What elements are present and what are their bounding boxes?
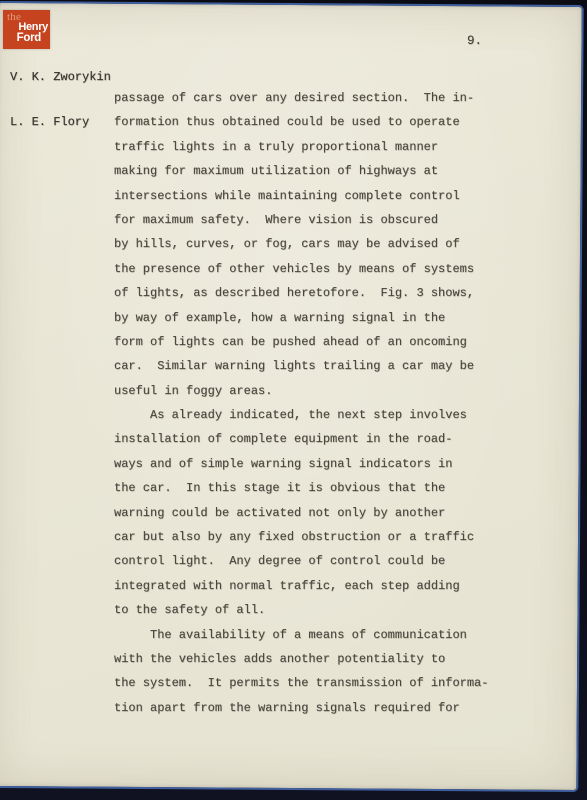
text-line: traffic lights in a truly proportional m… <box>114 135 524 159</box>
text-line: making for maximum utilization of highwa… <box>114 159 524 183</box>
text-line: form of lights can be pushed ahead of an… <box>114 330 524 354</box>
text-line: by hills, curves, or fog, cars may be ad… <box>114 232 524 256</box>
text-line: As already indicated, the next step invo… <box>114 403 524 427</box>
text-line: intersections while maintaining complete… <box>114 184 524 208</box>
typed-body-text: passage of cars over any desired section… <box>114 86 524 720</box>
text-line: the presence of other vehicles by means … <box>114 257 524 281</box>
text-line: The availability of a means of communica… <box>114 623 524 647</box>
text-line: passage of cars over any desired section… <box>114 86 524 110</box>
page-number: 9. <box>467 34 482 48</box>
text-line: with the vehicles adds another potential… <box>114 647 524 671</box>
text-line: tion apart from the warning signals requ… <box>114 696 524 720</box>
text-line: control light. Any degree of control cou… <box>114 549 524 573</box>
author-line-2: L. E. Flory <box>10 115 111 130</box>
henry-ford-logo: the Henry Ford <box>3 10 50 49</box>
text-line: by way of example, how a warning signal … <box>114 306 524 330</box>
author-line-1: V. K. Zworykin <box>10 70 111 85</box>
text-line: car. Similar warning lights trailing a c… <box>114 354 524 378</box>
text-line: car but also by any fixed obstruction or… <box>114 525 524 549</box>
author-names: V. K. Zworykin L. E. Flory <box>10 40 111 160</box>
text-line: warning could be activated not only by a… <box>114 501 524 525</box>
text-line: for maximum safety. Where vision is obsc… <box>114 208 524 232</box>
text-line: formation thus obtained could be used to… <box>114 110 524 134</box>
text-line: installation of complete equipment in th… <box>114 427 524 451</box>
text-line: ways and of simple warning signal indica… <box>114 452 524 476</box>
text-line: the car. In this stage it is obvious tha… <box>114 476 524 500</box>
text-line: to the safety of all. <box>114 598 524 622</box>
text-line: the system. It permits the transmission … <box>114 671 524 695</box>
text-line: integrated with normal traffic, each ste… <box>114 574 524 598</box>
text-line: useful in foggy areas. <box>114 379 524 403</box>
scanned-document-photo: 9. V. K. Zworykin L. E. Flory passage of… <box>0 0 587 800</box>
text-line: of lights, as described heretofore. Fig.… <box>114 281 524 305</box>
logo-word-ford: Ford <box>17 32 41 44</box>
